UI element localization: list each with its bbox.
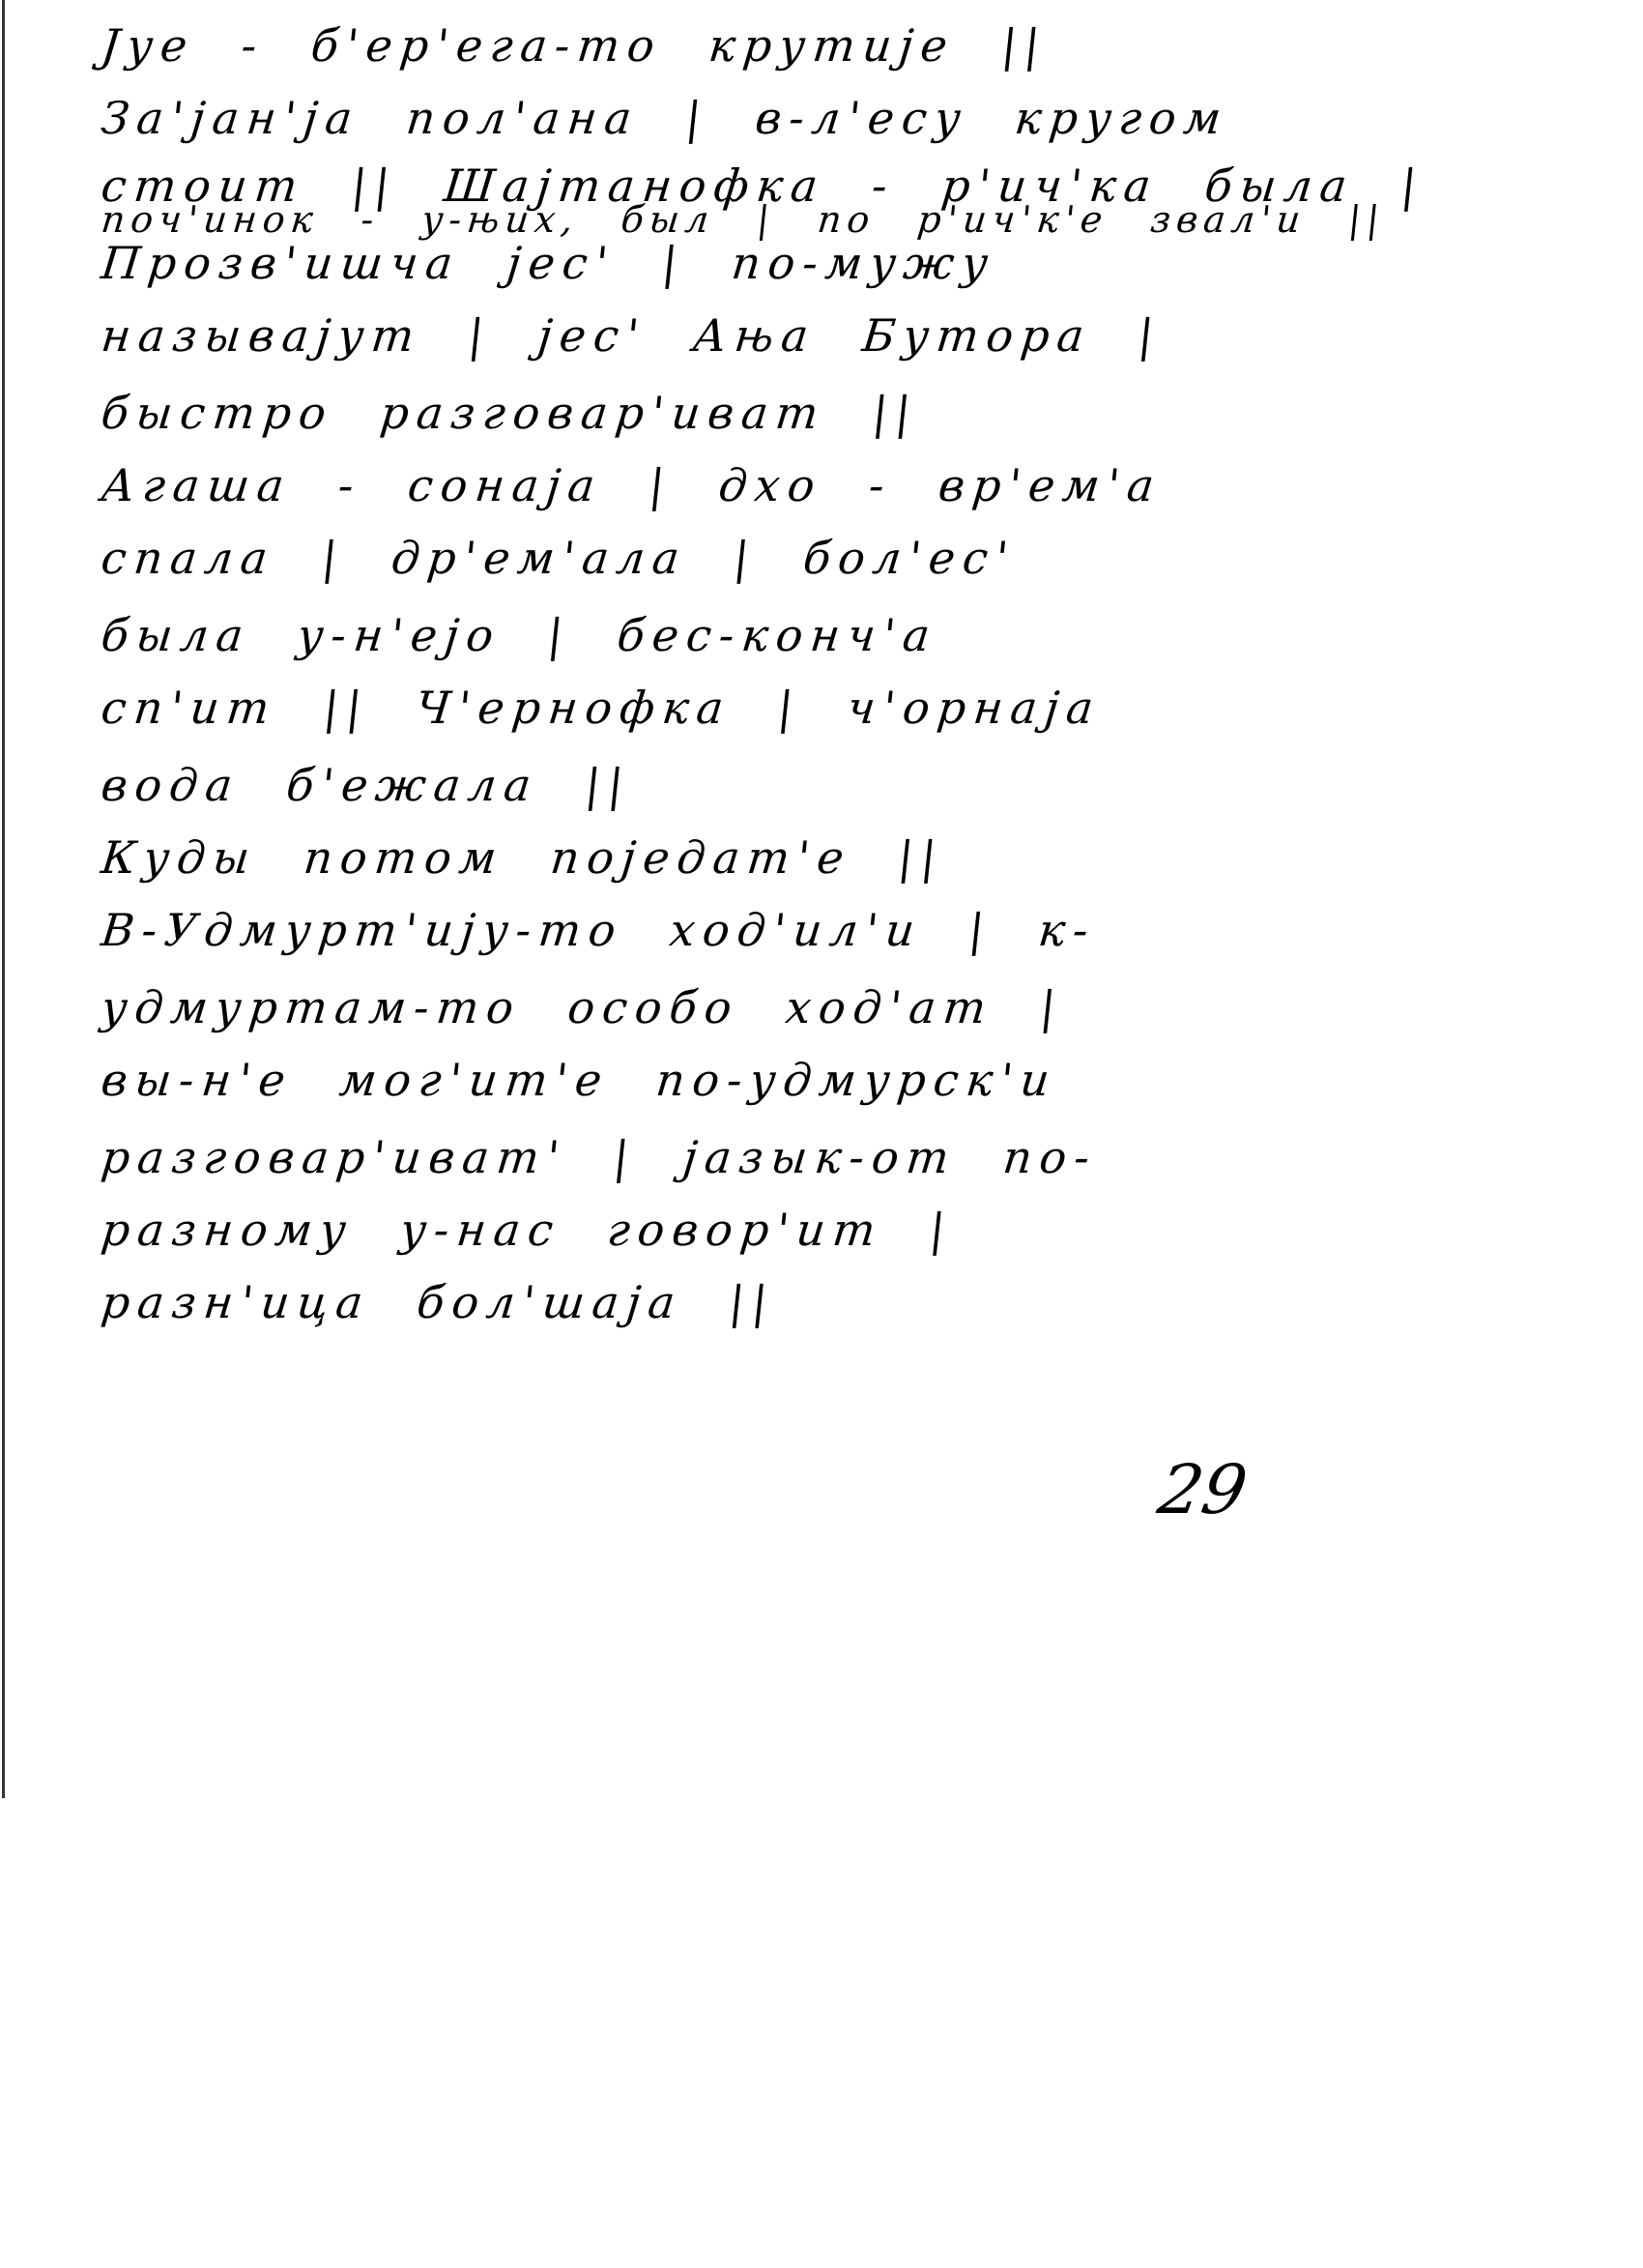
text-line-18: разному у-нас говор'ит | xyxy=(99,1204,955,1256)
text-line-15: удмуртам-то особо ход'ат | xyxy=(99,981,1066,1033)
text-line-17: разговар'иват' | јазык-от по- xyxy=(99,1131,1100,1183)
text-line-16: вы-н'е мог'ит'е по-удмурск'и xyxy=(99,1054,1059,1106)
text-line-7: быстро разговар'иват || xyxy=(99,387,921,439)
text-line-13: Куды потом поједат'е || xyxy=(99,831,946,884)
text-line-8: Агаша - сонаја | дхо - вр'ем'а xyxy=(99,459,1164,511)
page-number: 29 xyxy=(1153,1450,1254,1529)
text-line-12: вода б'ежала || xyxy=(99,759,633,811)
text-line-1: Jуе - б'ер'ега-то крутије || xyxy=(99,19,1050,72)
text-line-14: В-Удмурт'ију-то ход'ил'и | к- xyxy=(99,904,1098,956)
text-line-4: поч'инок - у-њих, был | по р'ич'к'е звал… xyxy=(100,198,1388,241)
manuscript-page: Jуе - б'ер'ега-то крутије || За'јан'ја п… xyxy=(0,0,1643,2268)
text-line-9: спала | др'ем'ала | бол'ес' xyxy=(99,532,1018,584)
text-line-2: За'јан'ја пол'ана | в-л'есу кругом xyxy=(99,92,1231,144)
text-line-5: Прозв'ишча јес' | по-мужу xyxy=(99,237,998,289)
text-line-11: сп'ит || Ч'ернофка | ч'орнаја xyxy=(99,682,1104,734)
left-margin-line xyxy=(2,0,5,1798)
text-line-19: разн'ица бол'шаја || xyxy=(99,1276,777,1328)
text-line-6: называјут | јес' Ања Бутора | xyxy=(99,309,1164,362)
text-line-10: была у-н'ејо | бес-конч'а xyxy=(99,609,939,661)
